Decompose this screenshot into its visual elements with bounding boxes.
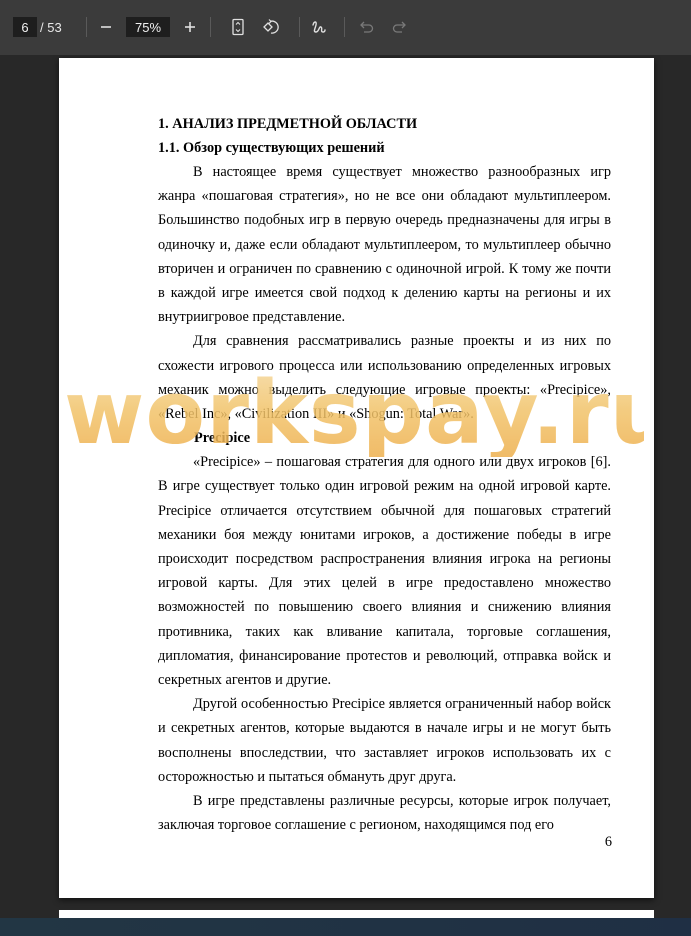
rotate-icon	[261, 18, 279, 36]
page-content: 1. АНАЛИЗ ПРЕДМЕТНОЙ ОБЛАСТИ 1.1. Обзор …	[158, 112, 611, 837]
total-pages-label: / 53	[40, 17, 70, 37]
subsection-heading: Precipice	[158, 426, 611, 450]
zoom-in-button[interactable]	[179, 17, 201, 37]
page-number: 6	[605, 834, 612, 851]
paragraph: В игре представлены различные ресурсы, к…	[158, 789, 611, 837]
toolbar-divider	[210, 17, 211, 37]
document-page: 1. АНАЛИЗ ПРЕДМЕТНОЙ ОБЛАСТИ 1.1. Обзор …	[59, 58, 654, 898]
undo-icon	[359, 19, 375, 35]
page-number-input[interactable]	[13, 17, 37, 37]
draw-button[interactable]	[308, 17, 330, 37]
zoom-out-button[interactable]	[95, 17, 117, 37]
draw-icon	[310, 18, 328, 36]
paragraph: «Precipice» – пошаговая стратегия для од…	[158, 450, 611, 692]
rotate-button[interactable]	[259, 17, 281, 37]
section-heading: 1.1. Обзор существующих решений	[158, 136, 611, 160]
zoom-level-input[interactable]	[126, 17, 170, 37]
paragraph: Другой особенностью Precipice является о…	[158, 692, 611, 789]
taskbar-strip	[0, 918, 691, 936]
redo-button[interactable]	[388, 17, 410, 37]
pdf-toolbar: / 53	[0, 0, 691, 55]
toolbar-divider	[344, 17, 345, 37]
minus-icon	[99, 20, 113, 34]
fit-page-button[interactable]	[227, 17, 249, 37]
undo-button[interactable]	[356, 17, 378, 37]
toolbar-divider	[86, 17, 87, 37]
next-page	[59, 910, 654, 918]
redo-icon	[391, 19, 407, 35]
toolbar-divider	[299, 17, 300, 37]
fit-page-icon	[231, 18, 245, 36]
chapter-heading: 1. АНАЛИЗ ПРЕДМЕТНОЙ ОБЛАСТИ	[158, 112, 611, 136]
paragraph: Для сравнения рассматривались разные про…	[158, 329, 611, 426]
paragraph: В настоящее время существует множество р…	[158, 160, 611, 329]
document-viewer[interactable]: 1. АНАЛИЗ ПРЕДМЕТНОЙ ОБЛАСТИ 1.1. Обзор …	[0, 55, 691, 918]
plus-icon	[183, 20, 197, 34]
